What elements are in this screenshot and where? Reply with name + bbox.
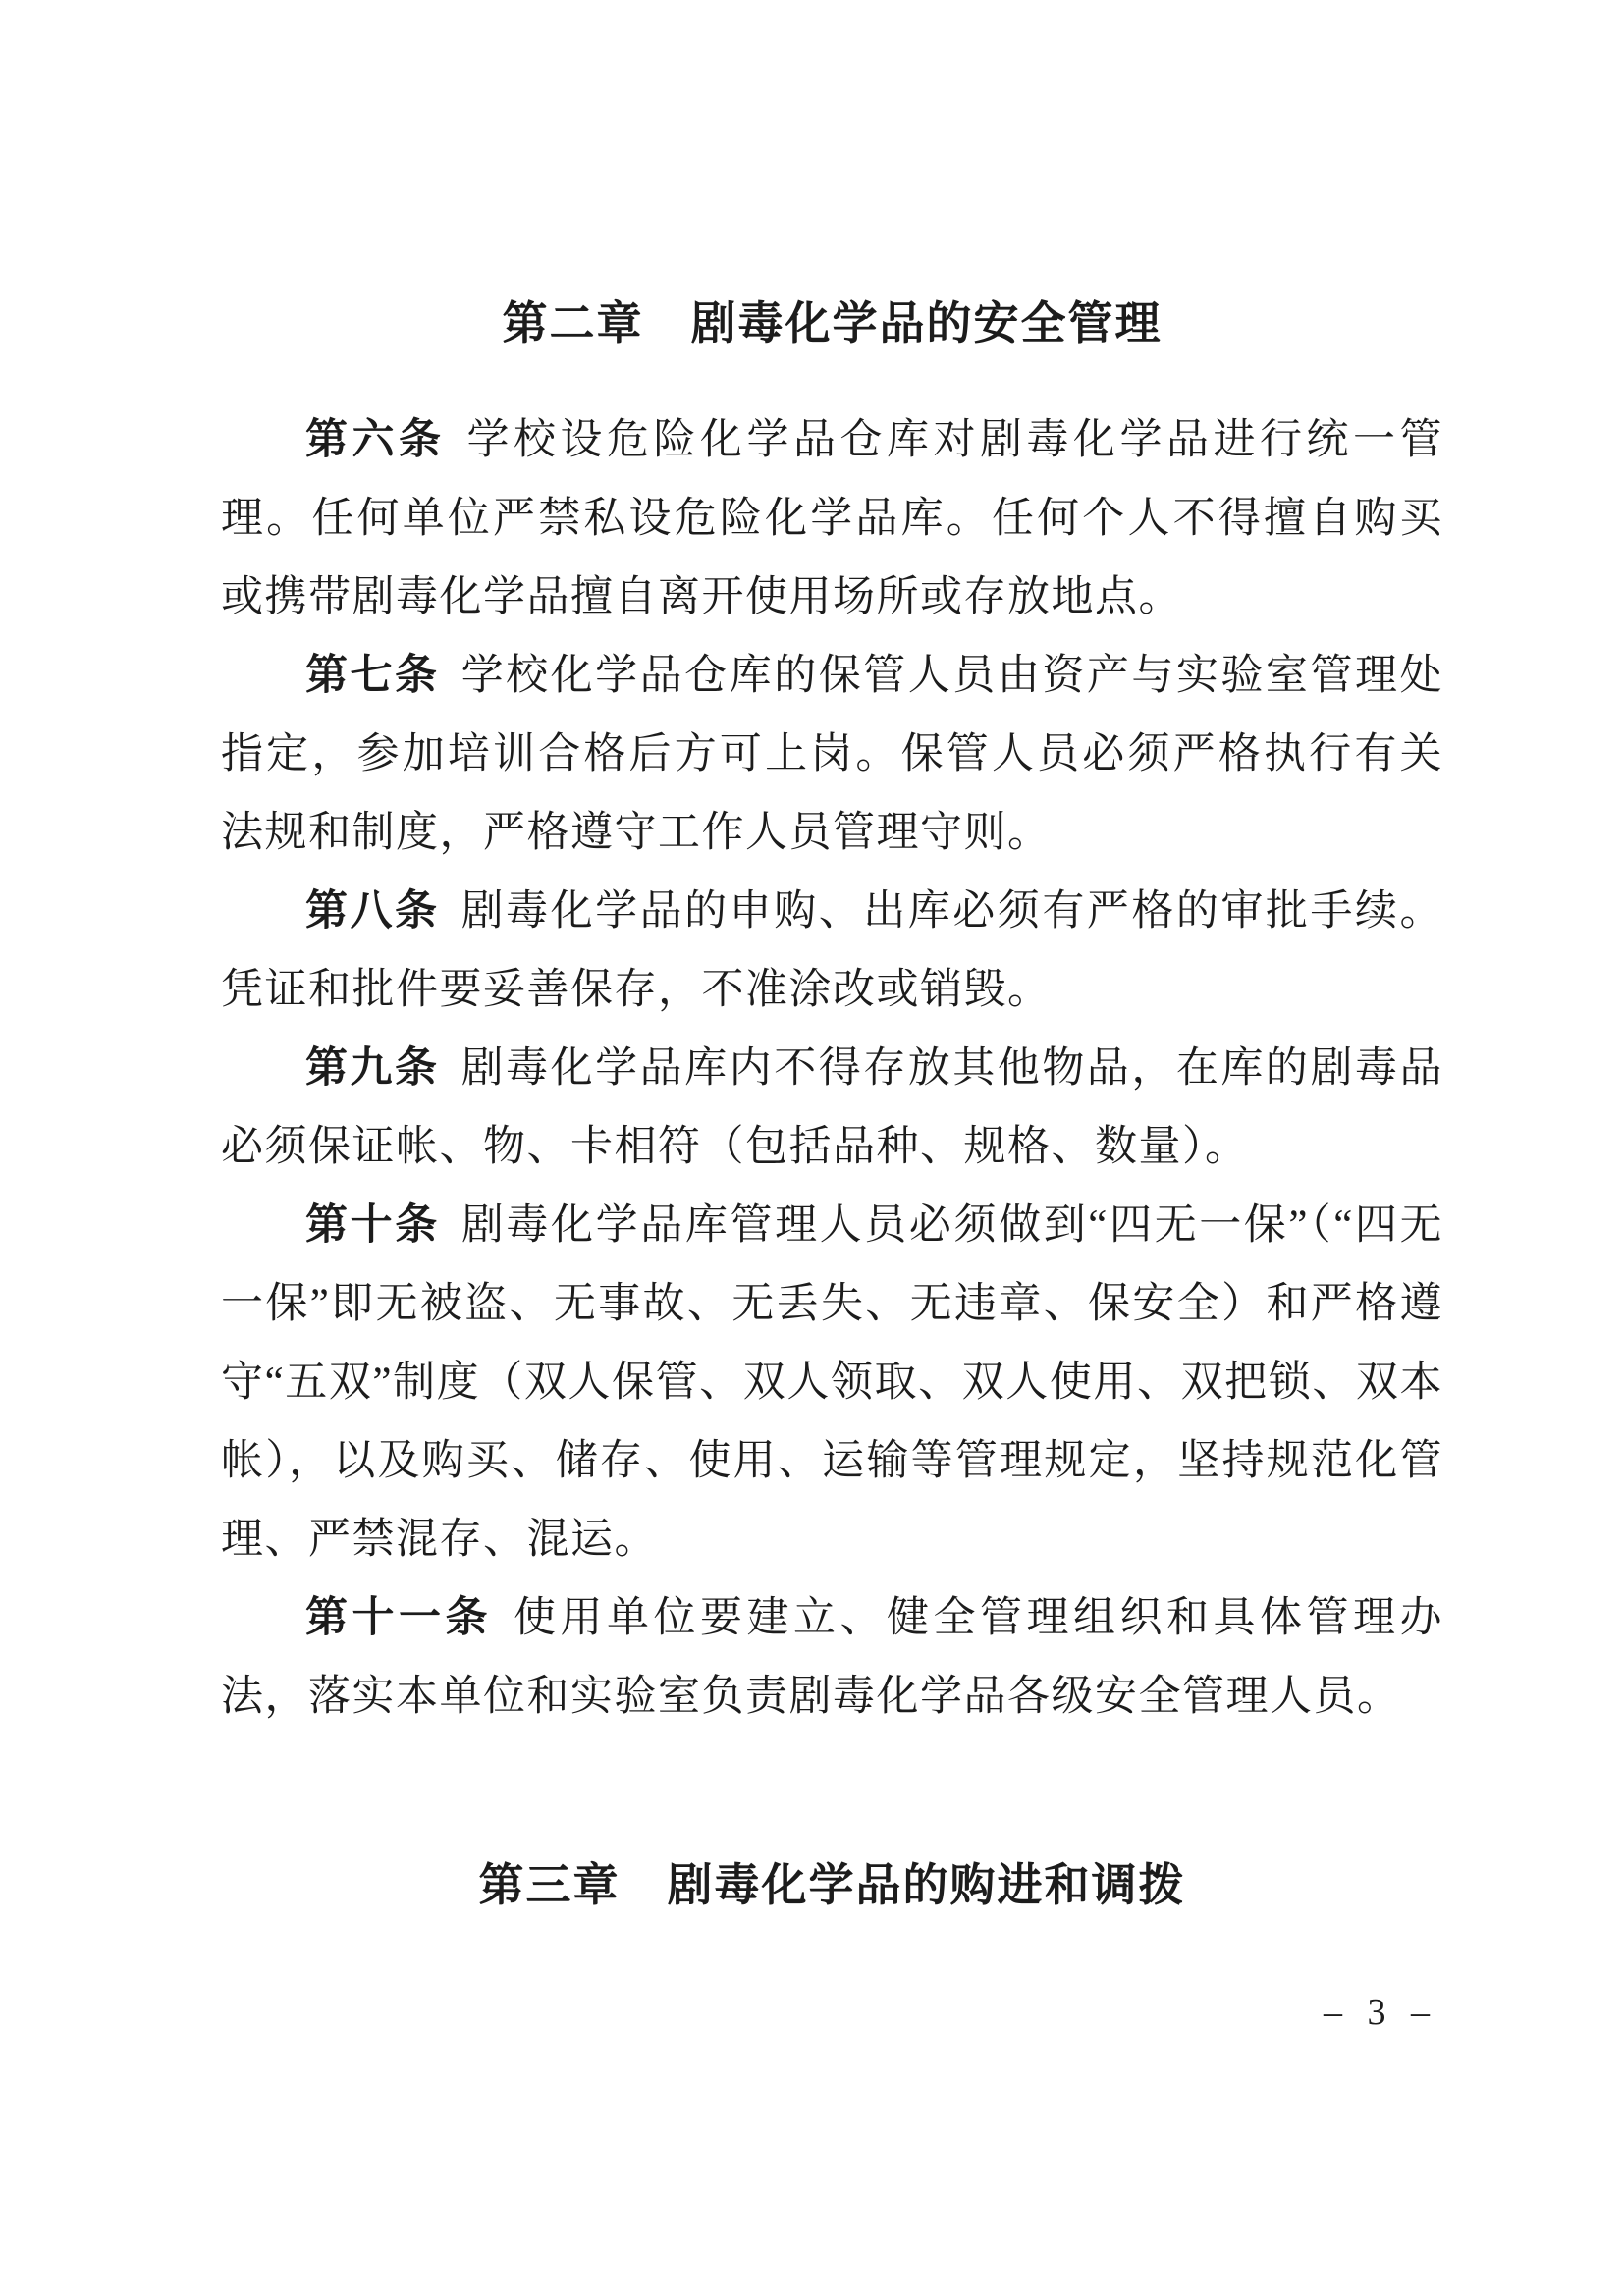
article-number: 第七条 bbox=[305, 653, 440, 699]
chapter-2-heading: 第二章 剧毒化学品的安全管理 bbox=[221, 284, 1443, 362]
article-number: 第九条 bbox=[305, 1045, 440, 1092]
document-page: 第二章 剧毒化学品的安全管理 第六条学校设危险化学品仓库对剧毒化学品进行统一管理… bbox=[0, 0, 1624, 2296]
article-paragraph: 第十一条使用单位要建立、健全管理组织和具体管理办法，落实本单位和实验室负责剧毒化… bbox=[221, 1579, 1443, 1736]
article-paragraph: 第八条剧毒化学品的申购、出库必须有严格的审批手续。凭证和批件要妥善保存，不准涂改… bbox=[221, 873, 1443, 1030]
page-content: 第二章 剧毒化学品的安全管理 第六条学校设危险化学品仓库对剧毒化学品进行统一管理… bbox=[221, 284, 1443, 1924]
page-number: – 3 – bbox=[1324, 1991, 1437, 2034]
article-number: 第六条 bbox=[305, 417, 446, 463]
chapter-3-heading: 第三章 剧毒化学品的购进和调拨 bbox=[221, 1845, 1443, 1924]
article-number: 第八条 bbox=[305, 888, 440, 934]
article-number: 第十条 bbox=[305, 1202, 440, 1249]
article-paragraph: 第七条学校化学品仓库的保管人员由资产与实验室管理处指定，参加培训合格后方可上岗。… bbox=[221, 637, 1443, 873]
article-text: 剧毒化学品库管理人员必须做到“四无一保”（“四无一保”即无被盗、无事故、无丢失、… bbox=[221, 1202, 1443, 1563]
article-paragraph: 第九条剧毒化学品库内不得存放其他物品，在库的剧毒品必须保证帐、物、卡相符（包括品… bbox=[221, 1030, 1443, 1187]
article-paragraph: 第六条学校设危险化学品仓库对剧毒化学品进行统一管理。任何单位严禁私设危险化学品库… bbox=[221, 401, 1443, 637]
article-number: 第十一条 bbox=[305, 1595, 492, 1641]
article-paragraph: 第十条剧毒化学品库管理人员必须做到“四无一保”（“四无一保”即无被盗、无事故、无… bbox=[221, 1187, 1443, 1579]
